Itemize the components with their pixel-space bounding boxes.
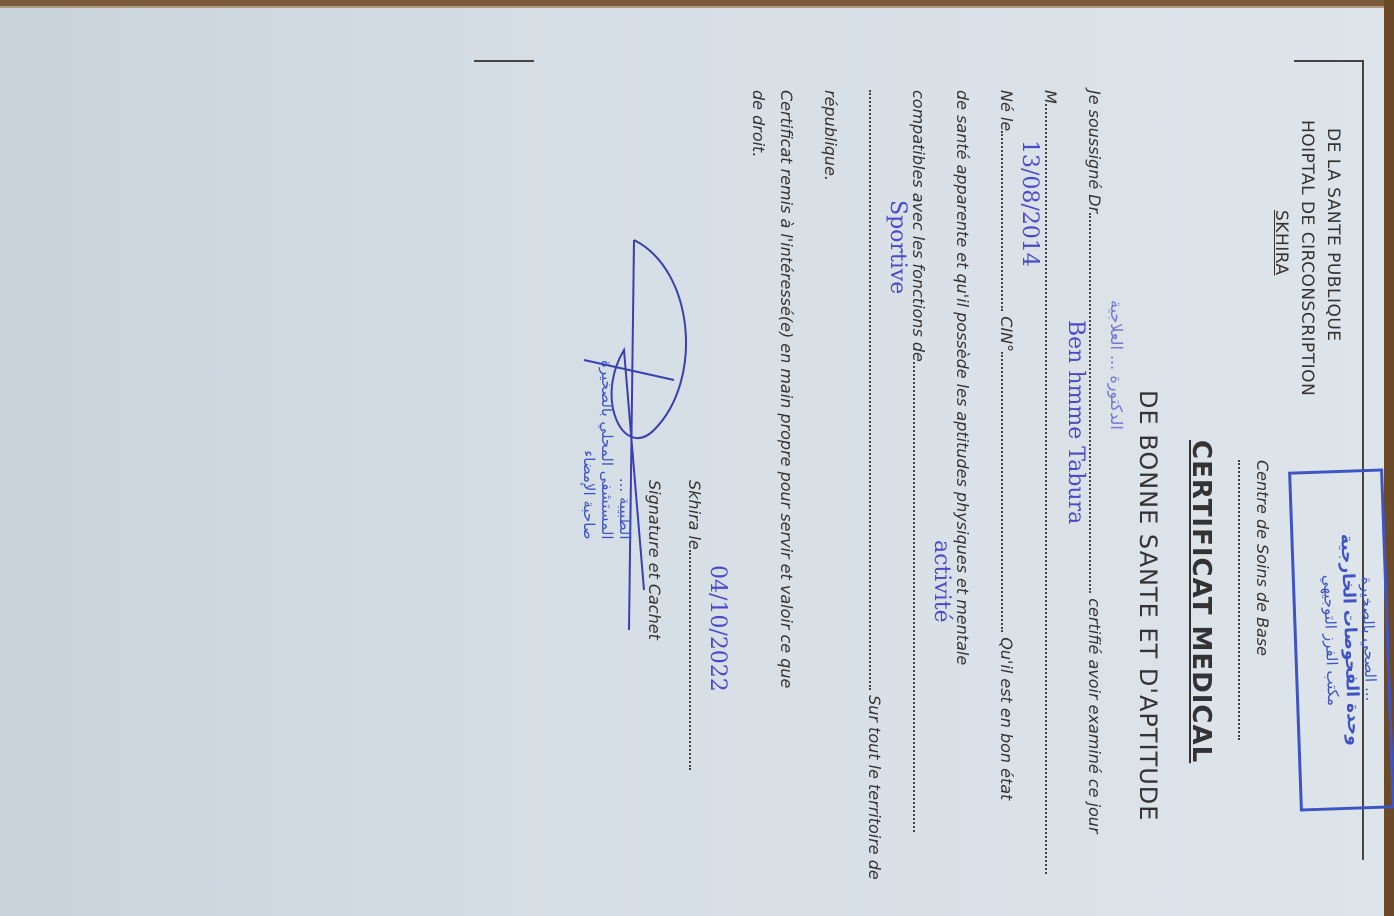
medical-certificate: DE LA SANTE PUBLIQUE HOIPTAL DE CIRCONSC… [94,0,1394,916]
label: Qu'il est en bon état [997,637,1016,800]
body-line-territory: Sur tout le territoire de [865,90,884,880]
header-ministry: DE LA SANTE PUBLIQUE [1320,128,1346,396]
label: Sur tout le territoire de [865,695,884,880]
stamp-line: صاحبة الإمضاء [580,360,598,540]
official-stamp: ... الصحي بالصخيرة وحدة الفحوصات الخارجي… [1288,468,1394,811]
body-line-remis: Certificat remis à l'intéressé(e) en mai… [777,90,796,688]
handwritten-doctor: الدكتورة ... العلاجية [1107,300,1126,430]
label: compatibles avec les fonctions de [909,90,928,362]
header-hospital: HOIPTAL DE CIRCONSCRIPTION [1294,120,1320,396]
centre-label: Centre de Soins de Base [1234,460,1272,916]
body-line-health: de santé apparente et qu'il possède les … [953,90,972,665]
label: certifié avoir examiné ce jour [1085,598,1104,833]
handwritten-birth-date: 13/08/2014 [1017,140,1042,267]
handwritten-function: activité [929,540,954,623]
stamp-line: المستشفى المحلي بالصخيرة [598,360,616,540]
body-line-birth: Né le CIN° Qu'il est en bon état [997,90,1016,800]
body-line-functions: compatibles avec les fonctions de [909,90,928,832]
body-line-droit: de droit. [749,90,768,157]
body-line-republic: république. [821,90,840,181]
header-block: DE LA SANTE PUBLIQUE HOIPTAL DE CIRCONSC… [1268,120,1346,396]
label: CIN° [997,316,1016,352]
label: M [1041,90,1060,104]
handwritten-patient-name: Ben hmme Tabura [1063,320,1088,524]
handwritten-function-2: Sportive [885,200,910,294]
signature-stamp-text: الطبيبة ... المستشفى المحلي بالصخيرة صاح… [580,360,634,540]
border-rule [474,60,534,62]
certificate-subtitle: DE BONNE SANTE ET D'APTITUDE [1134,390,1162,821]
stamp-line: الطبيبة ... [616,360,634,540]
certificate-title: CERTIFICAT MEDICAL [1186,440,1216,763]
label: Je soussigné Dr [1085,90,1104,213]
centre-text: Centre de Soins de Base [1253,460,1272,656]
body-line-patient: M [1041,90,1060,874]
signature-scribble [554,230,714,650]
border-rule [1294,60,1364,62]
header-city: SKHIRA [1268,210,1294,396]
label: Né le [997,90,1016,131]
